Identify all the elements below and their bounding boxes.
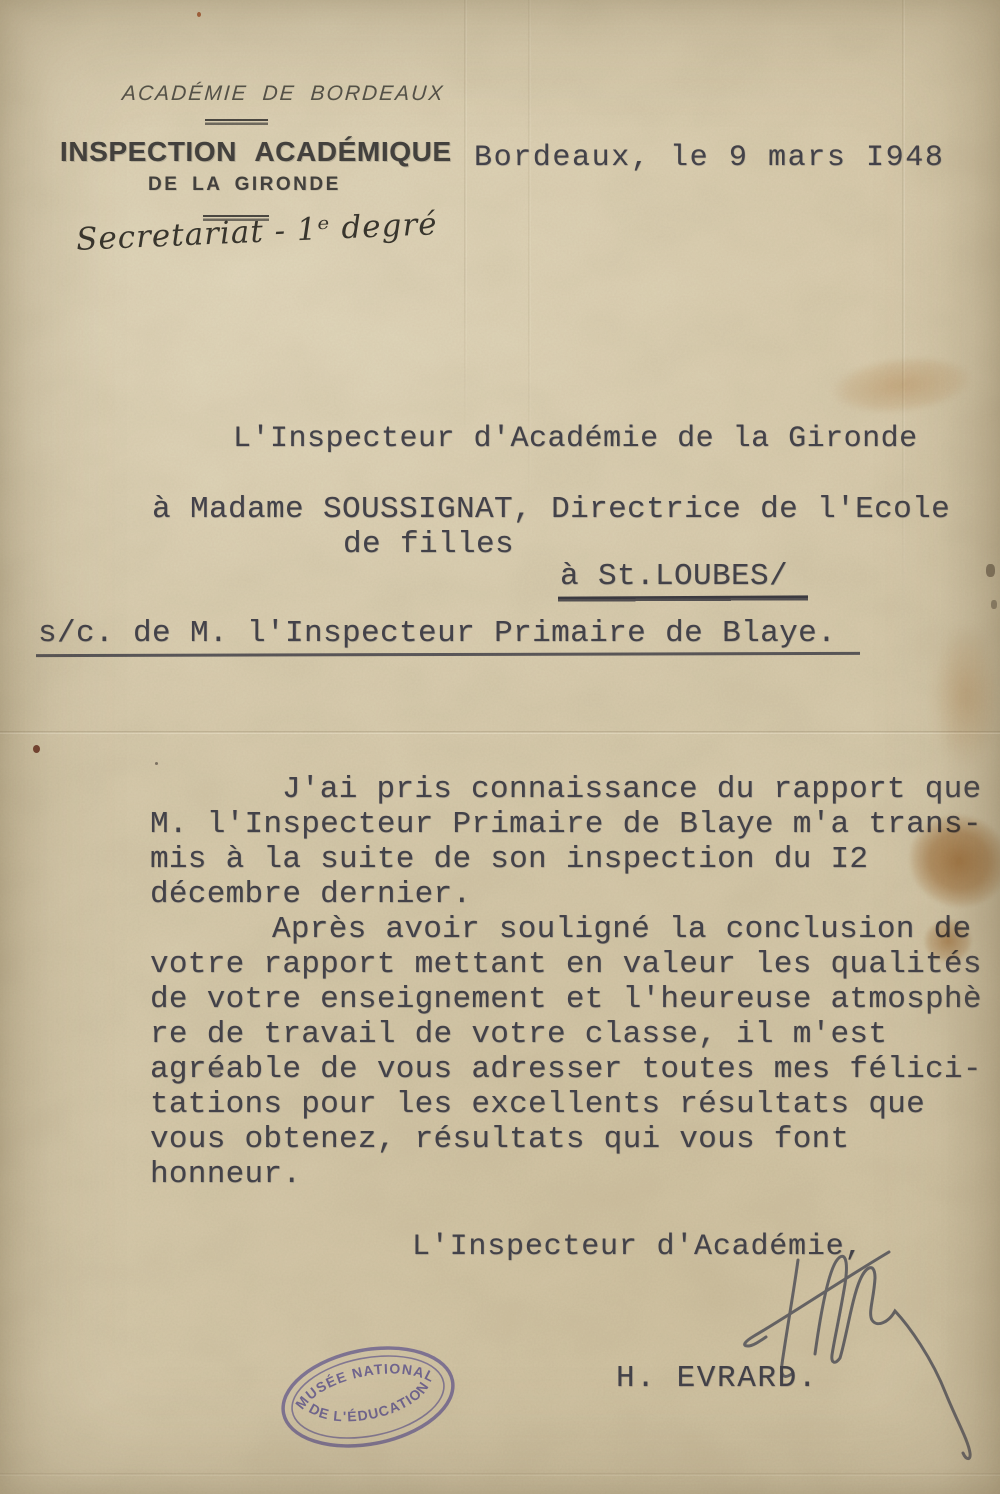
letterhead-rule-top [205, 119, 268, 125]
body-line: tations pour les excellents résultats qu… [150, 1087, 1000, 1122]
museum-stamp: MUSÉE NATIONAL DE L'ÉDUCATION [269, 1330, 467, 1465]
via-underline [36, 652, 860, 657]
recipient-line-3: à St.LOUBES/ [560, 559, 788, 594]
letterhead-subtitle: DE LA GIRONDE [148, 174, 341, 196]
body-line: honneur. [150, 1157, 1000, 1192]
letterhead-title: INSPECTION ACADÉMIQUE [60, 136, 452, 168]
letter-body: J'ai pris connaissance du rapport que M.… [150, 772, 1000, 1192]
sender-title: L'Inspecteur d'Académie de la Gironde [233, 422, 918, 456]
right-edge-stain [918, 598, 1000, 793]
edge-mark [991, 600, 997, 609]
body-line: re de travail de votre classe, il m'est [150, 1017, 1000, 1052]
recipient-line-1: à Madame SOUSSIGNAT, Directrice de l'Eco… [152, 492, 950, 527]
via-line: s/c. de M. l'Inspecteur Primaire de Blay… [38, 616, 836, 651]
ink-speck [197, 12, 201, 17]
body-line: agréable de vous adresser toutes mes fél… [150, 1052, 1000, 1087]
body-line: M. l'Inspecteur Primaire de Blaye m'a tr… [150, 807, 1000, 842]
body-line: de votre enseignement et l'heureuse atmo… [150, 982, 1000, 1017]
horizontal-fold-crease [0, 731, 1000, 734]
edge-mark [986, 564, 995, 577]
body-line: Après avoir souligné la conclusion de [150, 912, 1000, 947]
handwritten-department-note: Secretariat - 1ᵉ degré [75, 206, 438, 258]
body-line: décembre dernier. [150, 877, 1000, 912]
scanned-letter-page: ACADÉMIE DE BORDEAUX INSPECTION ACADÉMIQ… [0, 0, 1000, 1494]
body-line: mis à la suite de son inspection du I2 [150, 842, 1000, 877]
letterhead-academy: ACADÉMIE DE BORDEAUX [121, 82, 445, 106]
signature-name: H. EVRARD. [616, 1361, 818, 1396]
body-line: votre rapport mettant en valeur les qual… [150, 947, 1000, 982]
recipient-line-2: de filles [343, 527, 514, 562]
body-line: J'ai pris connaissance du rapport que [150, 772, 1000, 807]
body-line: vous obtenez, résultats qui vous font [150, 1122, 1000, 1157]
vertical-fold-crease [464, 0, 467, 440]
recipient-underline [558, 595, 808, 602]
dateline: Bordeaux, le 9 mars I948 [474, 141, 944, 175]
ink-speck [155, 762, 158, 765]
ink-speck [33, 745, 40, 753]
faint-smudge-stain [809, 341, 995, 429]
